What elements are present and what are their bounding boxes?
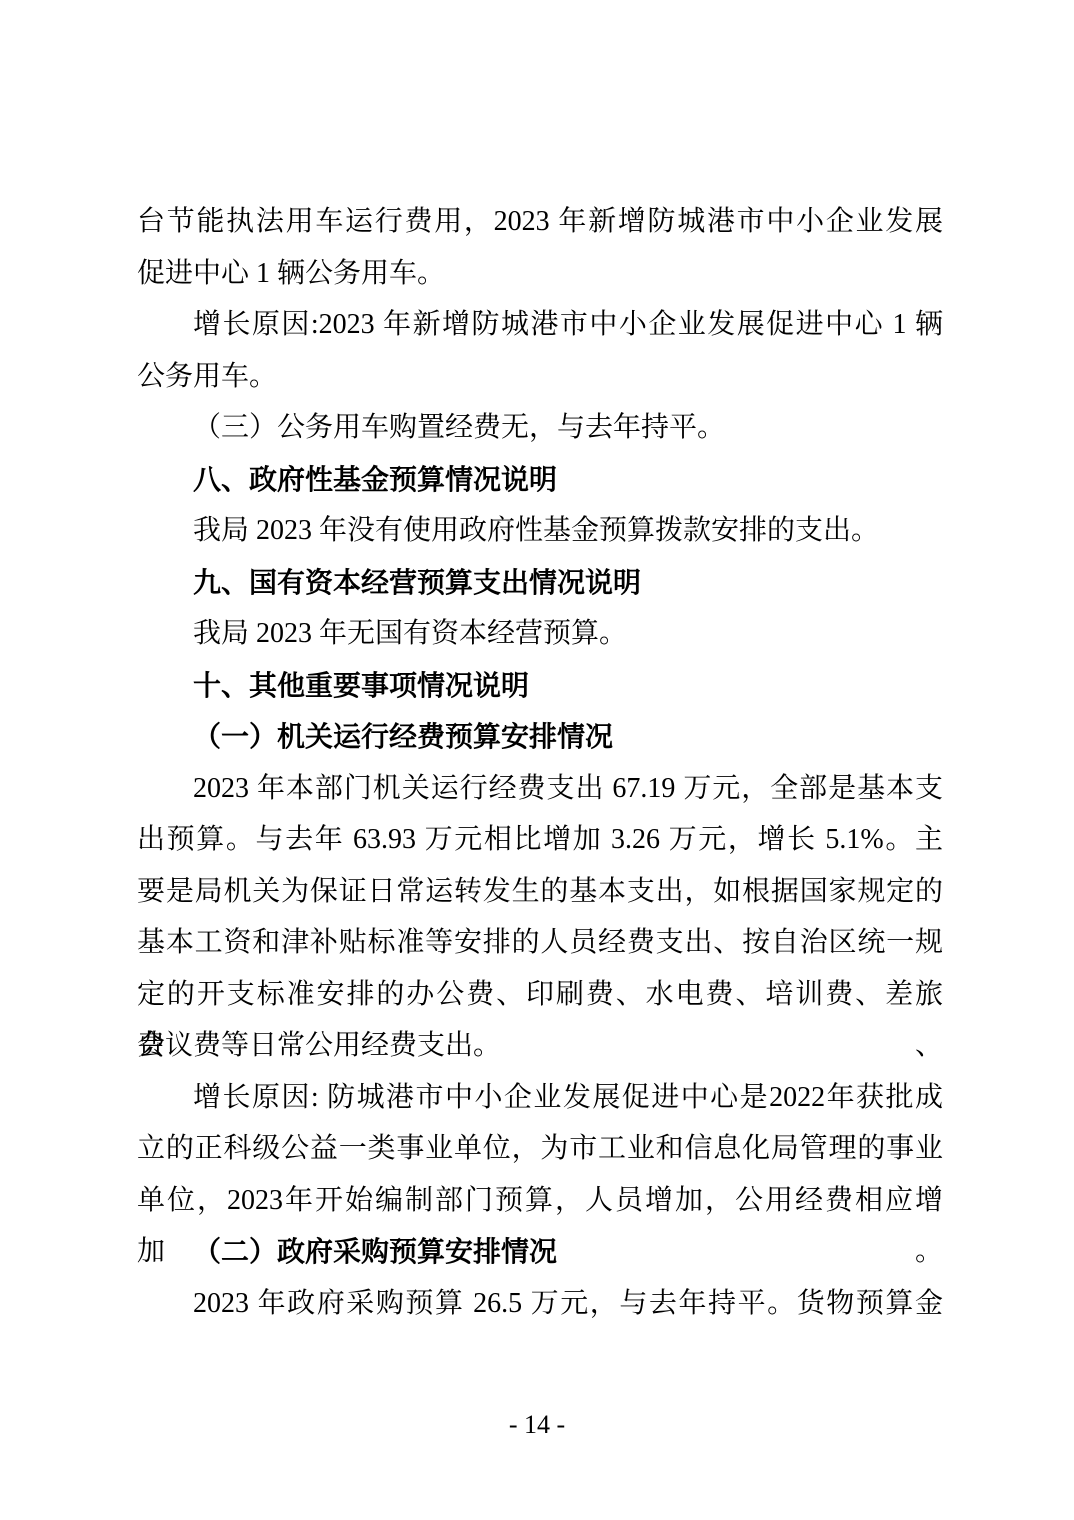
page-number: - 14 - [0,1410,1074,1440]
text-line: 立的正科级公益一类事业单位，为市工业和信息化局管理的事业 [137,1123,943,1175]
text-line: 单位，2023年开始编制部门预算，人员增加，公用经费相应增加。 [137,1175,943,1227]
text-line: 2023 年政府采购预算 26.5 万元，与去年持平。货物预算金 [137,1278,943,1330]
text-line: （三）公务用车购置经费无，与去年持平。 [137,402,943,454]
document-body: 台节能执法用车运行费用，2023 年新增防城港市中小企业发展 促进中心 1 辆公… [137,196,943,1329]
text-line: 要是局机关为保证日常运转发生的基本支出，如根据国家规定的 [137,866,943,918]
text-line: 我局 2023 年无国有资本经营预算。 [137,608,943,660]
text-line: 公务用车。 [137,351,943,403]
text-line: 出预算。与去年 63.93 万元相比增加 3.26 万元，增长 5.1%。主 [137,814,943,866]
section-heading-line: 九、国有资本经营预算支出情况说明 [137,557,943,609]
text-line: 增长原因: 防城港市中小企业发展促进中心是2022年获批成 [137,1072,943,1124]
section-heading-line: 八、政府性基金预算情况说明 [137,454,943,506]
text-line: 增长原因:2023 年新增防城港市中小企业发展促进中心 1 辆 [137,299,943,351]
text-line: 促进中心 1 辆公务用车。 [137,248,943,300]
section-heading-line: （一）机关运行经费预算安排情况 [137,711,943,763]
text-line: 基本工资和津补贴标准等安排的人员经费支出、按自治区统一规 [137,917,943,969]
text-line: 2023 年本部门机关运行经费支出 67.19 万元，全部是基本支 [137,763,943,815]
document-page: 台节能执法用车运行费用，2023 年新增防城港市中小企业发展 促进中心 1 辆公… [0,0,1074,1520]
text-line: 我局 2023 年没有使用政府性基金预算拨款安排的支出。 [137,505,943,557]
section-heading-line: 十、其他重要事项情况说明 [137,660,943,712]
text-line: 定的开支标准安排的办公费、印刷费、水电费、培训费、差旅费、 [137,969,943,1021]
text-line: 台节能执法用车运行费用，2023 年新增防城港市中小企业发展 [137,196,943,248]
